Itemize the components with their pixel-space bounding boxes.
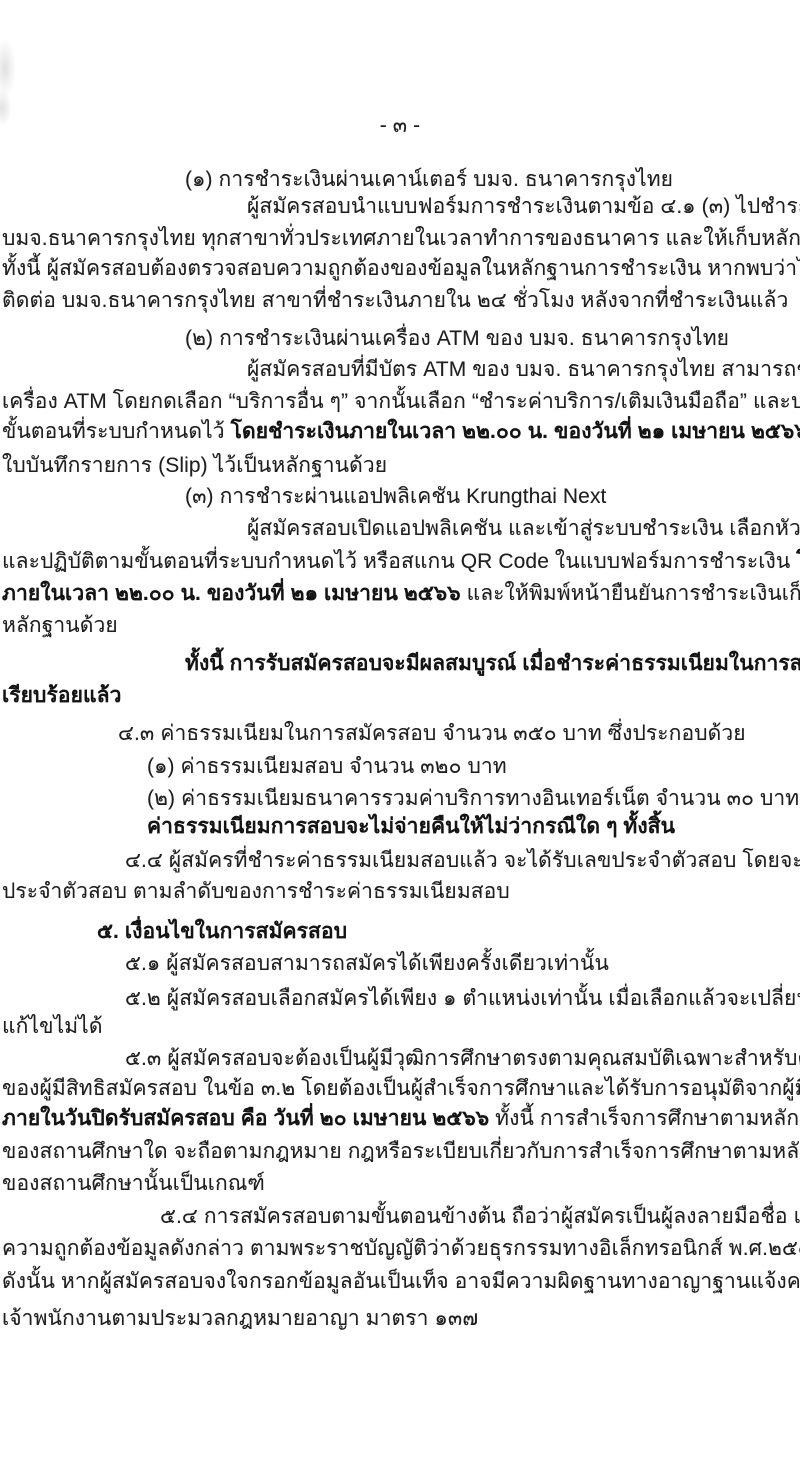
text-line: เครื่อง ATM โดยกดเลือก “บริการอื่น ๆ” จา…	[2, 388, 800, 415]
clause-4-3-sub-2: (๒) ค่าธรรมเนียมธนาคารรวมค่าบริการทางอิน…	[147, 785, 799, 812]
clause-5-1: ๕.๑ ผู้สมัครสอบสามารถสมัครได้เพียงครั้งเ…	[125, 950, 609, 977]
clause-5-4: ๕.๔ การสมัครสอบตามขั้นตอนข้างต้น ถือว่าผ…	[160, 1203, 800, 1230]
fee-no-refund-note: ค่าธรรมเนียมการสอบจะไม่จ่ายคืนให้ไม่ว่าก…	[147, 813, 675, 840]
closing-date-deadline: ภายในวันปิดรับสมัครสอบ คือ วันที่ ๒๐ เมษ…	[2, 1107, 489, 1130]
clause-4-3: ๔.๓ ค่าธรรมเนียมในการสมัครสอบ จำนวน ๓๕๐ …	[118, 720, 746, 747]
text-segment: ขั้นตอนที่ระบบกำหนดไว้	[2, 420, 231, 443]
item-2-heading: (๒) การชำระเงินผ่านเครื่อง ATM ของ บมจ. …	[185, 325, 729, 352]
completion-note-cont: เรียบร้อยแล้ว	[2, 682, 121, 709]
clause-5-3-cont: ภายในวันปิดรับสมัครสอบ คือ วันที่ ๒๐ เมษ…	[2, 1105, 800, 1132]
text-line: บมจ.ธนาคารกรุงไทย ทุกสาขาทั่วประเทศภายใน…	[2, 225, 800, 252]
text-segment: ทั้งนี้ การสำเร็จการศึกษาตามหลักสูตรขั้น…	[489, 1107, 800, 1130]
section-5-heading: ๕. เงื่อนไขในการสมัครสอบ	[97, 918, 347, 945]
clause-5-4-cont: ความถูกต้องข้อมูลดังกล่าว ตามพระราชบัญญั…	[2, 1235, 800, 1262]
text-segment: และปฏิบัติตามขั้นตอนที่ระบบกำหนดไว้ หรือ…	[2, 550, 796, 573]
item-3-heading: (๓) การชำระผ่านแอปพลิเคชัน Krungthai Nex…	[185, 483, 607, 510]
text-line: หลักฐานด้วย	[2, 612, 118, 639]
text-line: ผู้สมัครสอบที่มีบัตร ATM ของ บมจ. ธนาคาร…	[247, 356, 800, 383]
clause-4-3-sub-1: (๑) ค่าธรรมเนียมสอบ จำนวน ๓๒๐ บาท	[147, 753, 507, 780]
text-line: ติดต่อ บมจ.ธนาคารกรุงไทย สาขาที่ชำระเงิน…	[2, 287, 788, 314]
text-line: ภายในเวลา ๒๒.๐๐ น. ของวันที่ ๒๑ เมษายน ๒…	[2, 580, 800, 607]
clause-5-4-cont: เจ้าพนักงานตามประมวลกฎหมายอาญา มาตรา ๑๓๗	[2, 1305, 478, 1332]
text-line: ผู้สมัครสอบนำแบบฟอร์มการชำระเงินตามข้อ ๔…	[247, 193, 800, 220]
clause-5-2-cont: แก้ไขไม่ได้	[2, 1013, 103, 1040]
text-line: ผู้สมัครสอบเปิดแอปพลิเคชัน และเข้าสู่ระบ…	[247, 515, 800, 542]
clause-4-4: ๔.๔ ผู้สมัครที่ชำระค่าธรรมเนียมสอบแล้ว จ…	[125, 847, 800, 874]
clause-4-4-cont: ประจำตัวสอบ ตามลำดับของการชำระค่าธรรมเนี…	[2, 878, 510, 905]
completion-note: ทั้งนี้ การรับสมัครสอบจะมีผลสมบูรณ์ เมื่…	[185, 650, 800, 677]
text-line: ทั้งนี้ ผู้สมัครสอบต้องตรวจสอบความถูกต้อ…	[2, 255, 800, 282]
page-number: - ๓ -	[0, 112, 800, 139]
scanned-document-page: - ๓ - (๑) การชำระเงินผ่านเคาน์เตอร์ บมจ.…	[0, 0, 800, 1480]
scan-artifact	[0, 38, 16, 98]
item-1-heading: (๑) การชำระเงินผ่านเคาน์เตอร์ บมจ. ธนาคา…	[185, 166, 673, 193]
clause-5-3-cont: ของผู้มีสิทธิสมัครสอบ ในข้อ ๓.๒ โดยต้องเ…	[2, 1075, 800, 1102]
payment-deadline-app-cont: ภายในเวลา ๒๒.๐๐ น. ของวันที่ ๒๑ เมษายน ๒…	[2, 582, 461, 605]
clause-5-3-cont: ของสถานศึกษานั้นเป็นเกณฑ์	[2, 1170, 265, 1197]
text-line: ใบบันทึกรายการ (Slip) ไว้เป็นหลักฐานด้วย	[2, 452, 387, 479]
payment-deadline-app: โดยชำระเงิน	[796, 550, 800, 573]
clause-5-3-cont: ของสถานศึกษาใด จะถือตามกฎหมาย กฎหรือระเบ…	[2, 1138, 800, 1165]
text-line: ขั้นตอนที่ระบบกำหนดไว้ โดยชำระเงินภายในเ…	[2, 418, 800, 445]
text-line: และปฏิบัติตามขั้นตอนที่ระบบกำหนดไว้ หรือ…	[2, 548, 800, 575]
clause-5-2: ๕.๒ ผู้สมัครสอบเลือกสมัครได้เพียง ๑ ตำแห…	[125, 985, 800, 1012]
payment-deadline-atm: โดยชำระเงินภายในเวลา ๒๒.๐๐ น. ของวันที่ …	[231, 420, 800, 443]
clause-5-3: ๕.๓ ผู้สมัครสอบจะต้องเป็นผู้มีวุฒิการศึก…	[125, 1045, 800, 1072]
clause-5-4-cont: ดังนั้น หากผู้สมัครสอบจงใจกรอกข้อมูลอันเ…	[2, 1268, 800, 1295]
text-segment: และให้พิมพ์หน้ายืนยันการชำระเงินเก็บไว้เ…	[461, 582, 800, 605]
